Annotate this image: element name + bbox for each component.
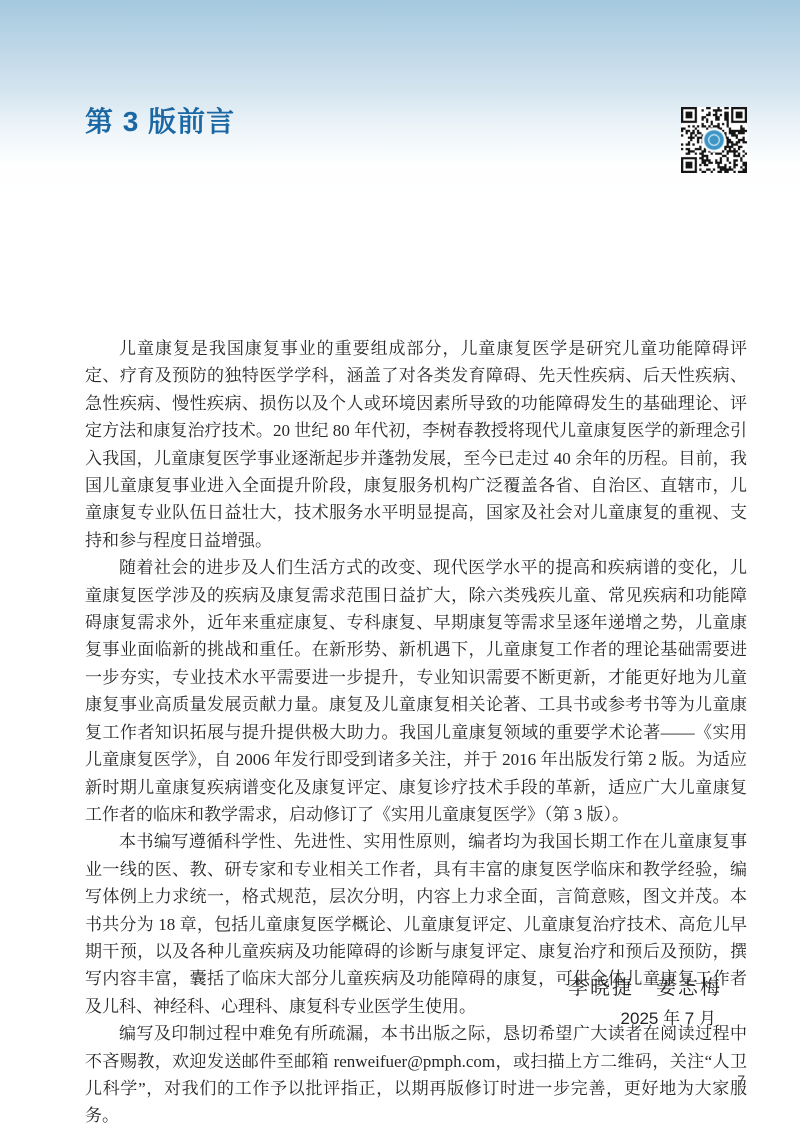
paragraph-4: 编写及印制过程中难免有所疏漏，本书出版之际，恳切希望广大读者在阅读过程中不吝赐教…	[85, 1020, 747, 1130]
page-number: 7	[737, 1072, 745, 1088]
preface-page: 第 3 版前言 儿童康复是我国康复事业的重要组成部分，儿童康复医学是研究儿童功能…	[0, 0, 800, 1146]
page-title: 第 3 版前言	[85, 106, 235, 138]
page-header: 第 3 版前言	[0, 0, 800, 200]
paragraph-1: 儿童康复是我国康复事业的重要组成部分，儿童康复医学是研究儿童功能障碍评定、疗育及…	[85, 335, 747, 554]
qr-code	[681, 107, 747, 173]
paragraph-2: 随着社会的进步及人们生活方式的改变、现代医学水平的提高和疾病谱的变化，儿童康复医…	[85, 554, 747, 828]
signature-names: 李晓捷 姜志梅	[0, 971, 800, 1000]
signature-date: 2025 年 7 月	[0, 1004, 800, 1029]
